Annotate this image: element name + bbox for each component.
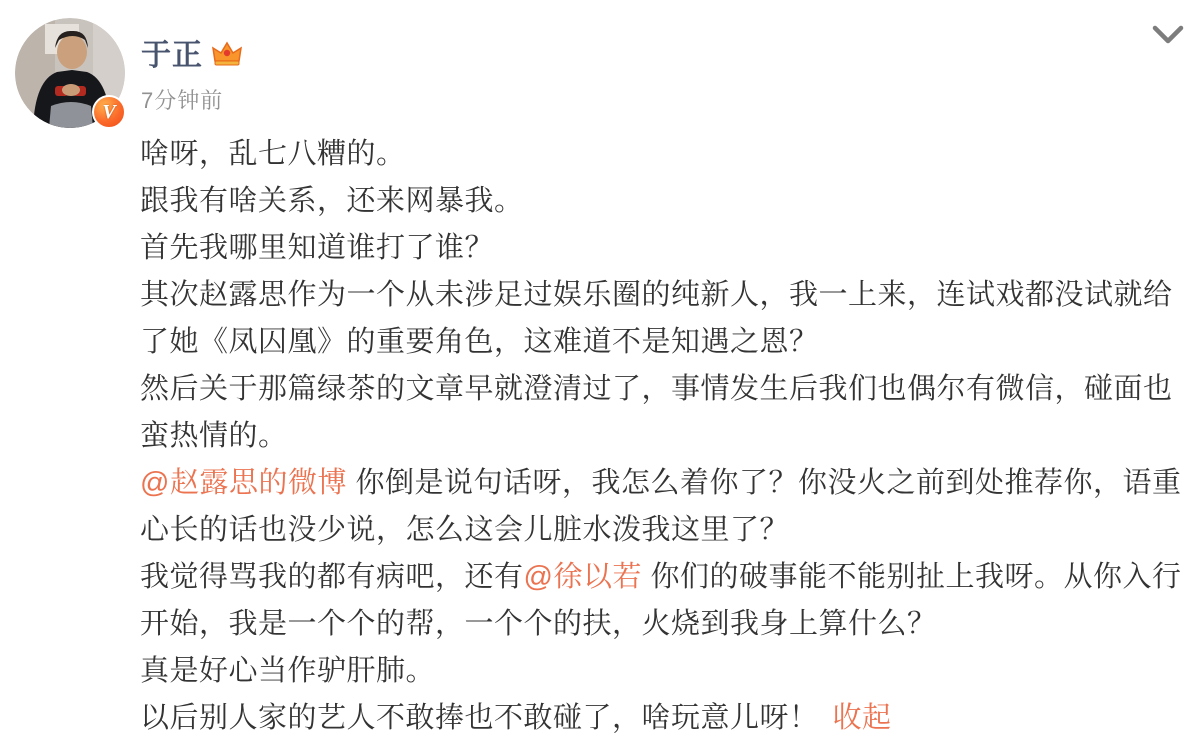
post-text-run: 跟我有啥关系，还来网暴我。 (140, 185, 524, 217)
post-paragraph-6: @赵露思的微博 你倒是说句话呀，我怎么着你了？你没火之前到处推荐你，语重心长的话… (140, 460, 1198, 554)
post-paragraph-4: 其次赵露思作为一个从未涉足过娱乐圈的纯新人，我一上来，连试戏都没试就给了她《凤囚… (140, 272, 1198, 366)
avatar[interactable]: V (15, 18, 125, 128)
chevron-down-icon[interactable] (1150, 22, 1186, 48)
verified-v-icon: V (92, 95, 126, 129)
post-paragraph-3: 首先我哪里知道谁打了谁？ (140, 225, 1198, 272)
post-paragraph-8: 真是好心当作驴肝肺。 (140, 648, 1198, 695)
post-text: 啥呀，乱七八糟的。跟我有啥关系，还来网暴我。首先我哪里知道谁打了谁？其次赵露思作… (140, 131, 1198, 742)
post-paragraph-2: 跟我有啥关系，还来网暴我。 (140, 178, 1198, 225)
vip-crown-icon (212, 41, 242, 67)
post-paragraph-5: 然后关于那篇绿茶的文章早就澄清过了，事情发生后我们也偶尔有微信，碰面也蛮热情的。 (140, 366, 1198, 460)
post-text-run: 真是好心当作驴肝肺。 (140, 655, 435, 687)
post-text-run: 我觉得骂我的都有病吧，还有 (140, 561, 524, 593)
weibo-post-card: V 于正 7分钟前 啥呀，乱七八糟的。跟我有啥关系，还来网暴我。首先我哪里知道谁… (0, 0, 1200, 751)
timestamp[interactable]: 7分钟前 (141, 84, 223, 115)
post-text-run: 其次赵露思作为一个从未涉足过娱乐圈的纯新人，我一上来，连试戏都没试就给了她《凤囚… (140, 279, 1173, 358)
mention-link-xuyiruo[interactable]: @徐以若 (524, 561, 642, 593)
post-paragraph-9: 以后别人家的艺人不敢捧也不敢碰了，啥玩意儿呀！收起 (140, 695, 1198, 742)
mention-link-zhaolusi[interactable]: @赵露思的微博 (140, 467, 347, 499)
post-text-run: 首先我哪里知道谁打了谁？ (140, 232, 494, 264)
post-paragraph-1: 啥呀，乱七八糟的。 (140, 131, 1198, 178)
post-text-run: 以后别人家的艺人不敢捧也不敢碰了，啥玩意儿呀！ (140, 702, 819, 734)
collapse-link[interactable]: 收起 (833, 702, 892, 734)
post-text-run: 然后关于那篇绿茶的文章早就澄清过了，事情发生后我们也偶尔有微信，碰面也蛮热情的。 (140, 373, 1173, 452)
author-name[interactable]: 于正 (141, 30, 203, 74)
post-paragraph-7: 我觉得骂我的都有病吧，还有@徐以若 你们的破事能不能别扯上我呀。从你入行开始，我… (140, 554, 1198, 648)
post-text-run: 啥呀，乱七八糟的。 (140, 138, 406, 170)
